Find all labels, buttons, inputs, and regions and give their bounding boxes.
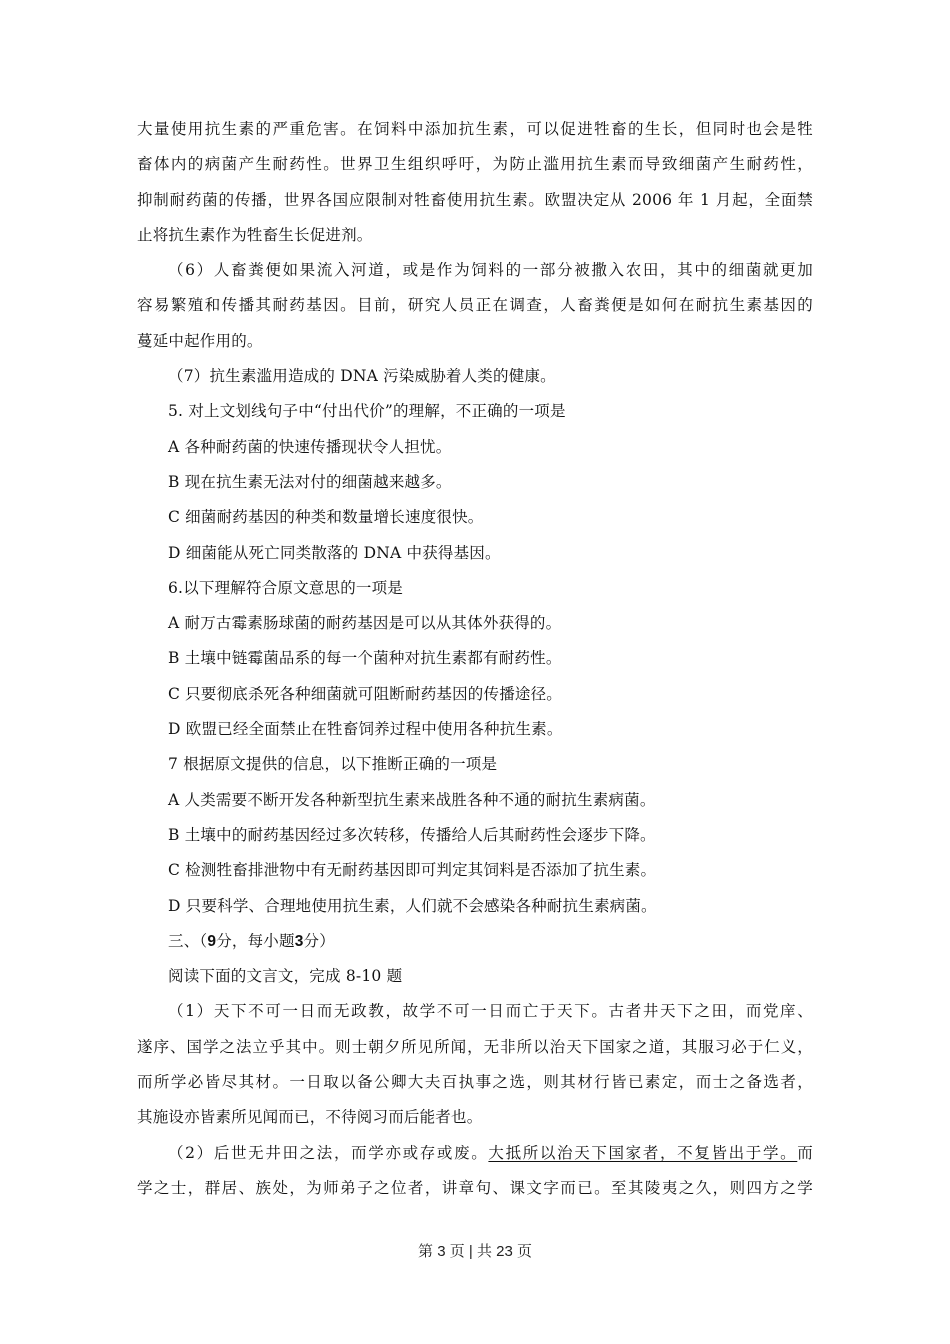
paragraph-7: （7）抗生素滥用造成的 DNA 污染威胁着人类的健康。 bbox=[137, 359, 813, 394]
question-7-option-c: C 检测牲畜排泄物中有无耐药基因即可判定其饲料是否添加了抗生素。 bbox=[137, 853, 813, 888]
classical-paragraph-2-line: 学之士，群居、族处，为师弟子之位者，讲章句、课文字而已。至其陵夷之久，则四方之学 bbox=[137, 1171, 813, 1206]
paragraph-6-line: 容易繁殖和传播其耐药基因。目前，研究人员正在调查，人畜粪便是如何在耐抗生素基因的 bbox=[137, 288, 813, 323]
section-3-heading-suffix: 分） bbox=[304, 932, 335, 950]
page-footer: 第 3 页 | 共 23 页 bbox=[0, 1240, 950, 1261]
text-line: 畜体内的病菌产生耐药性。世界卫生组织呼吁，为防止滥用抗生素而导致细菌产生耐药性， bbox=[137, 147, 813, 182]
paragraph-6-line: 蔓延中起作用的。 bbox=[137, 324, 813, 359]
question-6-stem: 6.以下理解符合原文意思的一项是 bbox=[137, 571, 813, 606]
classical-paragraph-1-line: 其施设亦皆素所见闻而已，不待阅习而后能者也。 bbox=[137, 1100, 813, 1135]
question-5-option-d: D 细菌能从死亡同类散落的 DNA 中获得基因。 bbox=[137, 536, 813, 571]
question-7-option-b: B 土壤中的耐药基因经过多次转移，传播给人后其耐药性会逐步下降。 bbox=[137, 818, 813, 853]
section-3-heading: 三、（9分，每小题3分） bbox=[137, 924, 813, 959]
question-5-option-a: A 各种耐药菌的快速传播现状令人担忧。 bbox=[137, 430, 813, 465]
section-3-points-each: 3 bbox=[295, 933, 304, 950]
underlined-sentence: 大抵所以治天下国家者，不复皆出于学。 bbox=[488, 1144, 797, 1162]
section-3-instruction: 阅读下面的文言文，完成 8-10 题 bbox=[137, 959, 813, 994]
paragraph-6-line: （6）人畜粪便如果流入河道，或是作为饲料的一部分被撒入农田，其中的细菌就更加 bbox=[137, 253, 813, 288]
question-5-stem: 5. 对上文划线句子中“付出代价”的理解，不正确的一项是 bbox=[137, 394, 813, 429]
question-6-option-b: B 土壤中链霉菌品系的每一个菌种对抗生素都有耐药性。 bbox=[137, 641, 813, 676]
classical-paragraph-1-line: 遂序、国学之法立乎其中。则士朝夕所见所闻，无非所以治天下国家之道，其服习必于仁义… bbox=[137, 1030, 813, 1065]
question-6-option-a: A 耐万古霉素肠球菌的耐药基因是可以从其体外获得的。 bbox=[137, 606, 813, 641]
section-3-total-points: 9 bbox=[207, 933, 216, 950]
classical-paragraph-1-line: 而所学必皆尽其材。一日取以备公卿大夫百执事之选，则其材行皆已素定，而士之备选者， bbox=[137, 1065, 813, 1100]
section-3-heading-mid: 分，每小题 bbox=[216, 932, 295, 950]
document-page: 大量使用抗生素的严重危害。在饲料中添加抗生素，可以促进牲畜的生长，但同时也会是牲… bbox=[137, 112, 813, 1206]
question-7-stem: 7 根据原文提供的信息，以下推断正确的一项是 bbox=[137, 747, 813, 782]
paragraph-2-text: （2）后世无井田之法，而学亦或存或废。 bbox=[168, 1144, 488, 1162]
question-5-option-c: C 细菌耐药基因的种类和数量增长速度很快。 bbox=[137, 500, 813, 535]
question-6-option-c: C 只要彻底杀死各种细菌就可阻断耐药基因的传播途径。 bbox=[137, 677, 813, 712]
classical-paragraph-2-line: （2）后世无井田之法，而学亦或存或废。大抵所以治天下国家者，不复皆出于学。而 bbox=[137, 1136, 813, 1171]
question-6-option-d: D 欧盟已经全面禁止在牲畜饲养过程中使用各种抗生素。 bbox=[137, 712, 813, 747]
text-line: 大量使用抗生素的严重危害。在饲料中添加抗生素，可以促进牲畜的生长，但同时也会是牲 bbox=[137, 112, 813, 147]
question-7-option-d: D 只要科学、合理地使用抗生素，人们就不会感染各种耐抗生素病菌。 bbox=[137, 889, 813, 924]
classical-paragraph-1-line: （1）天下不可一日而无政教，故学不可一日而亡于天下。古者井天下之田，而党庠、 bbox=[137, 994, 813, 1029]
text-line: 抑制耐药菌的传播，世界各国应限制对牲畜使用抗生素。欧盟决定从 2006 年 1 … bbox=[137, 183, 813, 218]
section-3-heading-prefix: 三、（ bbox=[168, 932, 207, 950]
paragraph-2-text: 而 bbox=[797, 1144, 813, 1162]
question-5-option-b: B 现在抗生素无法对付的细菌越来越多。 bbox=[137, 465, 813, 500]
question-7-option-a: A 人类需要不断开发各种新型抗生素来战胜各种不通的耐抗生素病菌。 bbox=[137, 783, 813, 818]
text-line: 止将抗生素作为牲畜生长促进剂。 bbox=[137, 218, 813, 253]
